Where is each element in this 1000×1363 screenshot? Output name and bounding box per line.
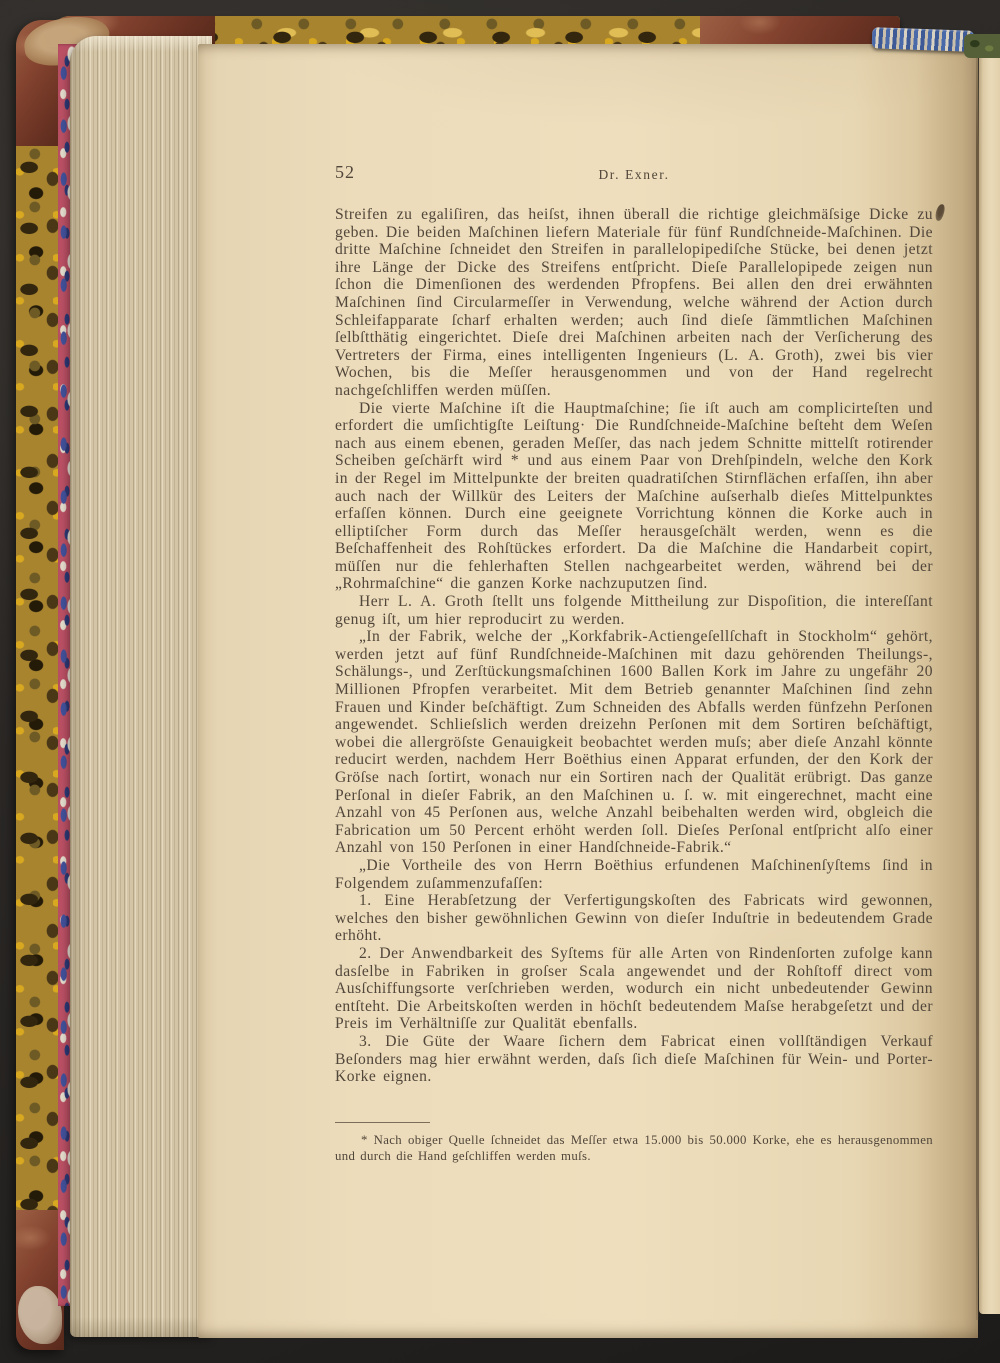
footnote-area: * Nach obiger Quelle ſchneidet das Meſſe… bbox=[335, 1122, 933, 1165]
paragraph: 1. Eine Herabſetzung der Verfertigungsko… bbox=[335, 892, 933, 945]
page-header: 52 Dr. Exner. bbox=[335, 160, 933, 186]
footnote-rule bbox=[335, 1122, 430, 1123]
paragraph: 3. Die Güte der Waare ſichern dem Fabric… bbox=[335, 1033, 933, 1086]
leather-corner-right bbox=[700, 16, 900, 47]
paragraph: „In der Fabrik, welche der „Korkfabrik-A… bbox=[335, 628, 933, 857]
marbled-green-fragment bbox=[964, 34, 1000, 58]
book-photo: 52 Dr. Exner. Streifen zu egaliſiren, da… bbox=[0, 0, 1000, 1363]
marbled-cover-paper bbox=[16, 146, 64, 1210]
printed-text-area: 52 Dr. Exner. Streifen zu egaliſiren, da… bbox=[335, 160, 933, 1220]
body-text: Streifen zu egaliſiren, das heiſst, ihne… bbox=[335, 206, 933, 1086]
page-stack-fore-edge bbox=[70, 36, 212, 1337]
paragraph: 2. Der Anwendbarkeit des Syſtems für all… bbox=[335, 945, 933, 1033]
headband bbox=[872, 27, 975, 52]
paragraph: „Die Vortheile des von Herrn Boëthius er… bbox=[335, 857, 933, 892]
paragraph: Die vierte Maſchine iſt die Hauptmaſchin… bbox=[335, 400, 933, 594]
footnote: * Nach obiger Quelle ſchneidet das Meſſe… bbox=[335, 1133, 933, 1165]
facing-page-sliver bbox=[979, 52, 1000, 1314]
paragraph: Herr L. A. Groth ſtellt uns folgende Mit… bbox=[335, 593, 933, 628]
running-header: Dr. Exner. bbox=[335, 167, 933, 183]
left-cover-edge bbox=[16, 20, 64, 1350]
paragraph: Streifen zu egaliſiren, das heiſst, ihne… bbox=[335, 206, 933, 400]
